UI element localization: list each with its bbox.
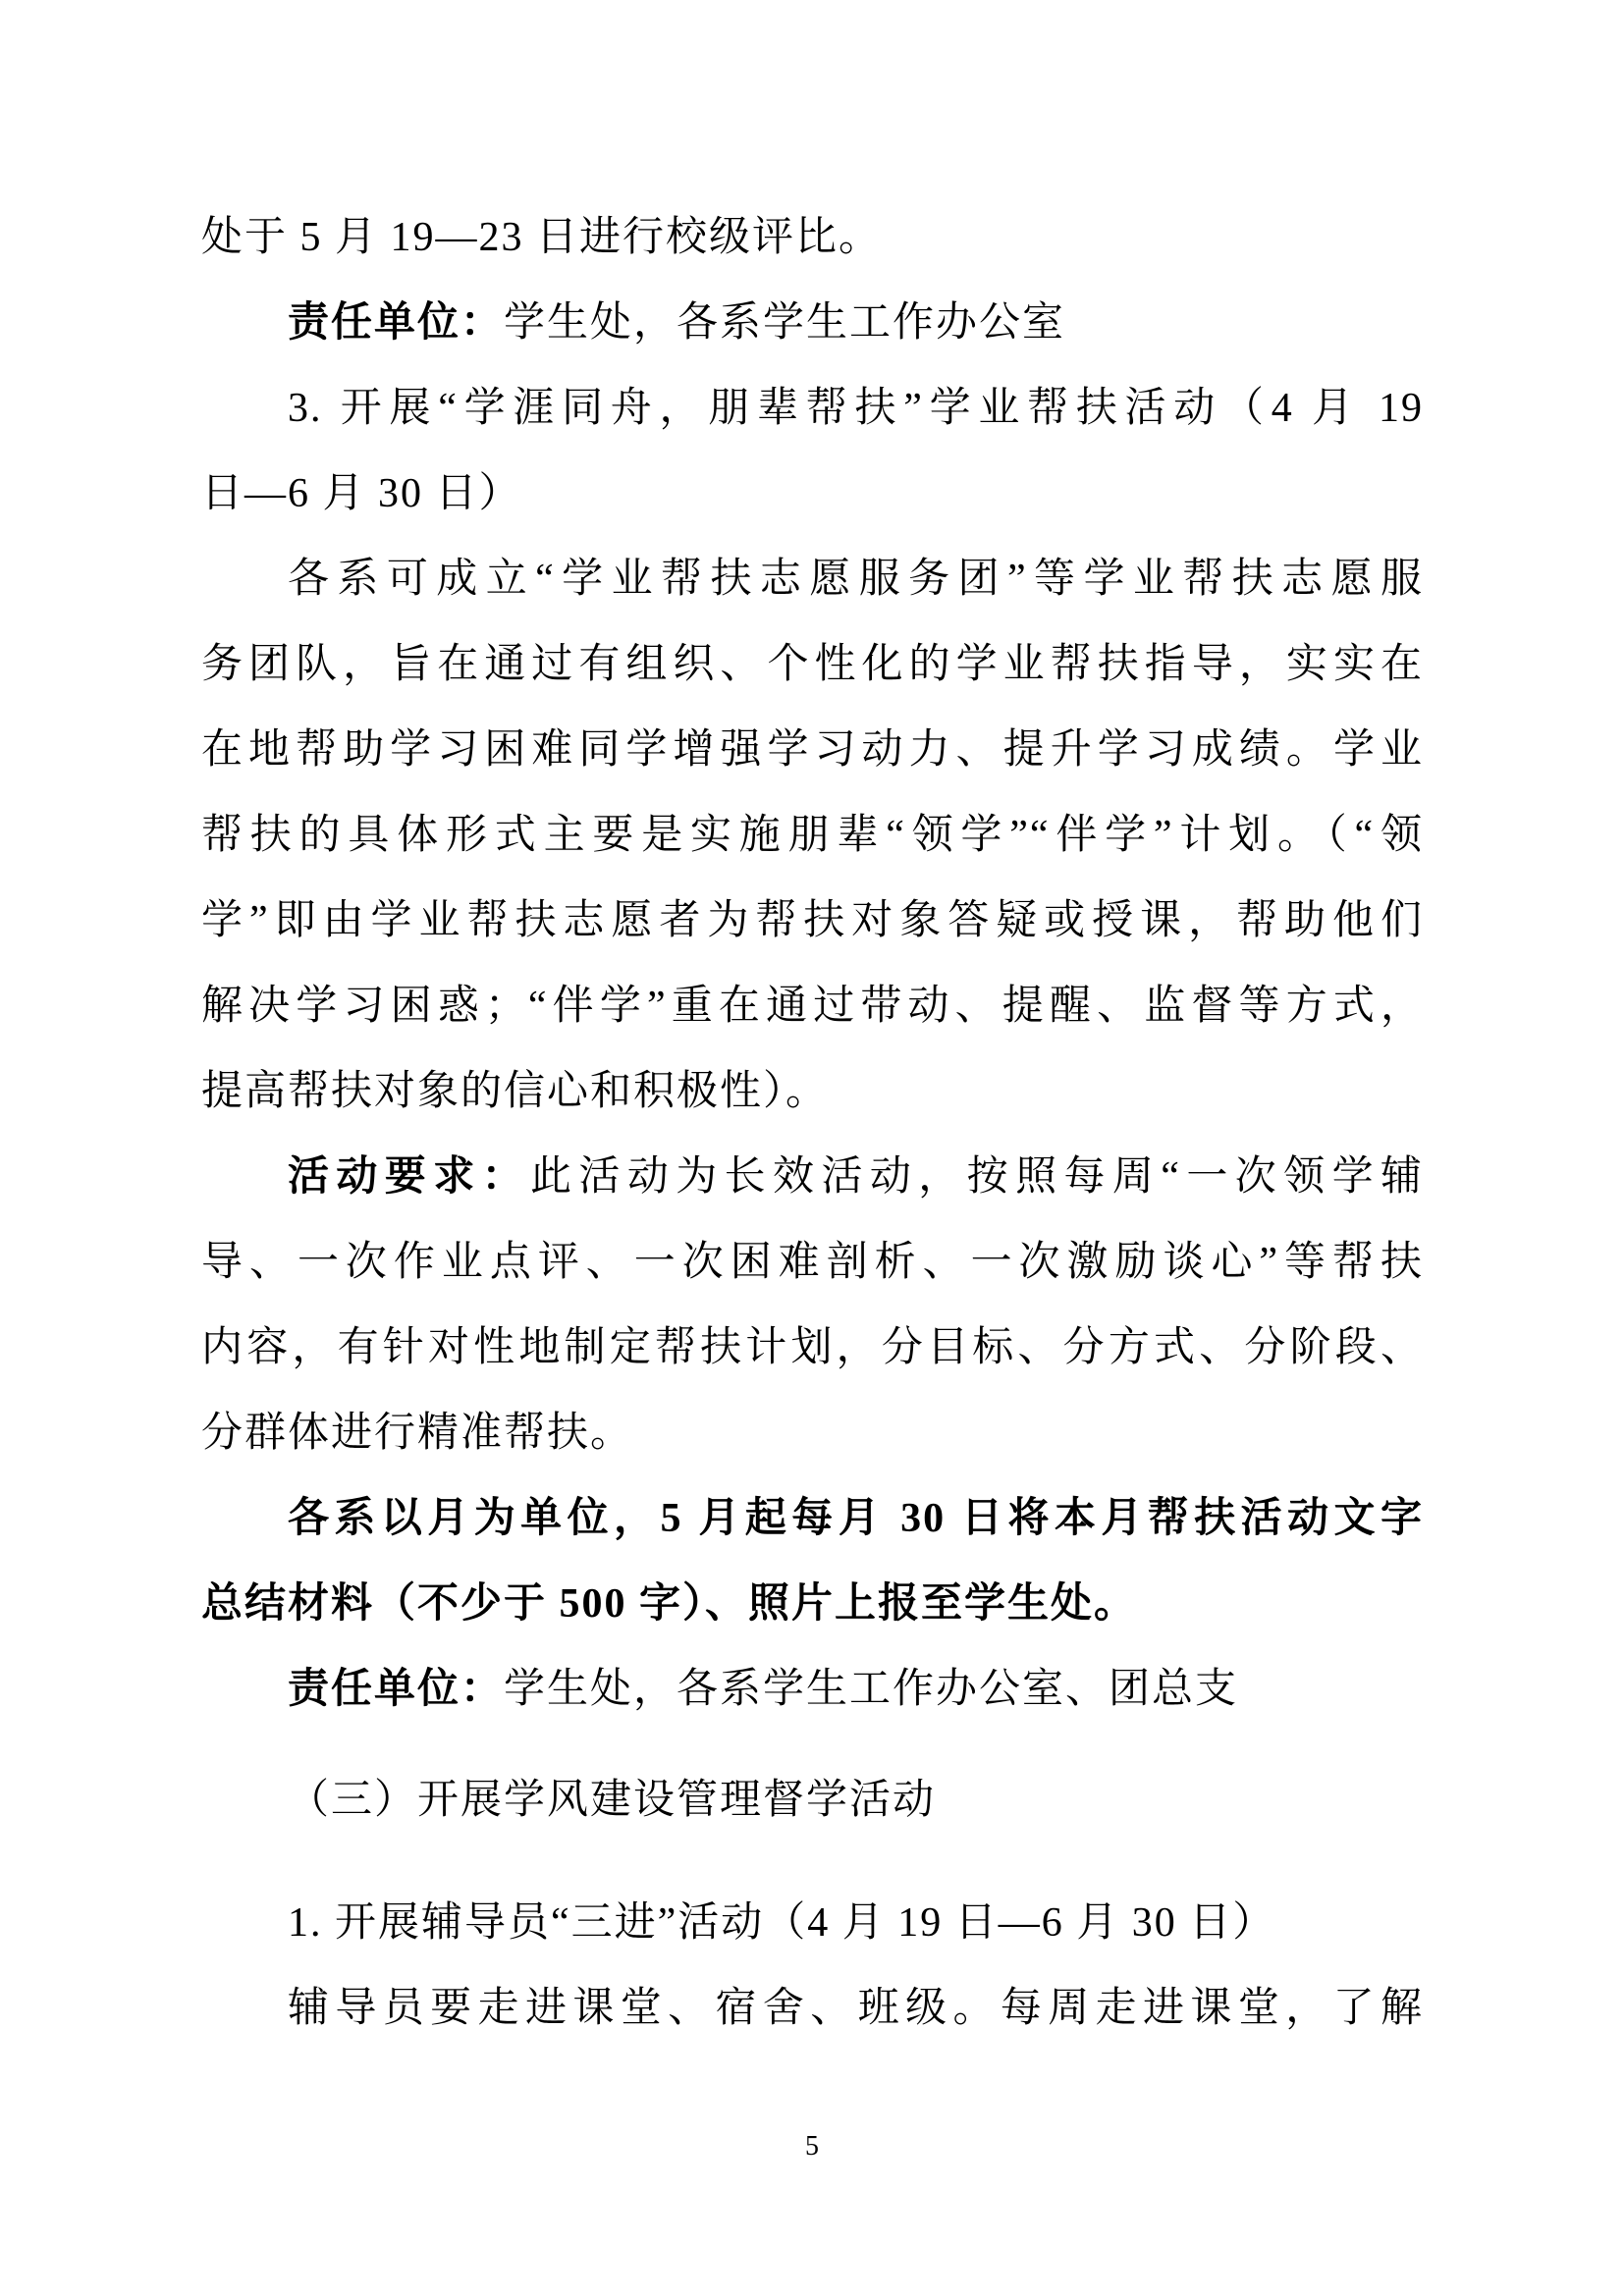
text-run: 分群体进行精准帮扶。 xyxy=(201,1411,633,1456)
text-line: 日—6 月 30 日） xyxy=(201,452,1424,537)
document-content: 处于 5 月 19—23 日进行校级评比。责任单位：学生处，各系学生工作办公室3… xyxy=(201,195,1424,2052)
bold-text-run: 责任单位： xyxy=(288,1667,504,1712)
text-run: 学生处，各系学生工作办公室 xyxy=(504,300,1065,346)
text-run: 务团队，旨在通过有组织、个性化的学业帮扶指导，实实在 xyxy=(201,642,1424,687)
text-line: 责任单位：学生处，各系学生工作办公室 xyxy=(201,281,1424,366)
text-run: 各系可成立“学业帮扶志愿服务团”等学业帮扶志愿服 xyxy=(288,557,1424,602)
text-run: 3. 开展“学涯同舟，朋辈帮扶”学业帮扶活动（4 月 19 xyxy=(288,386,1424,431)
document-page: 处于 5 月 19—23 日进行校级评比。责任单位：学生处，各系学生工作办公室3… xyxy=(0,0,1624,2296)
text-run: 帮扶的具体形式主要是实施朋辈“领学”“伴学”计划。（“领 xyxy=(201,813,1424,858)
text-run: 此活动为长效活动，按照每周“一次领学辅 xyxy=(530,1154,1424,1200)
text-line: 分群体进行精准帮扶。 xyxy=(201,1391,1424,1476)
bold-text-run: 总结材料（不少于 500 字）、照片上报至学生处。 xyxy=(201,1581,1137,1627)
text-run: 处于 5 月 19—23 日进行校级评比。 xyxy=(201,215,882,260)
text-line: 辅导员要走进课堂、宿舍、班级。每周走进课堂，了解 xyxy=(201,1966,1424,2052)
text-run: 学”即由学业帮扶志愿者为帮扶对象答疑或授课，帮助他们 xyxy=(201,898,1424,943)
section-heading: （三）开展学风建设管理督学活动 xyxy=(201,1758,1424,1843)
text-line: 导、一次作业点评、一次困难剖析、一次激励谈心”等帮扶 xyxy=(201,1220,1424,1306)
text-run: 提高帮扶对象的信心和积极性）。 xyxy=(201,1069,829,1114)
text-line: 责任单位：学生处，各系学生工作办公室、团总支 xyxy=(201,1647,1424,1733)
bold-text-run: 各系以月为单位，5 月起每月 30 日将本月帮扶活动文字 xyxy=(288,1496,1424,1541)
text-run: 内容，有针对性地制定帮扶计划，分目标、分方式、分阶段、 xyxy=(201,1325,1424,1370)
text-line: 1. 开展辅导员“三进”活动（4 月 19 日—6 月 30 日） xyxy=(201,1881,1424,1966)
text-line: 提高帮扶对象的信心和积极性）。 xyxy=(201,1049,1424,1135)
bold-text-run: 责任单位： xyxy=(288,300,504,346)
text-run: 1. 开展辅导员“三进”活动（4 月 19 日—6 月 30 日） xyxy=(288,1900,1275,1946)
text-line: 帮扶的具体形式主要是实施朋辈“领学”“伴学”计划。（“领 xyxy=(201,793,1424,879)
text-line: 解决学习困惑；“伴学”重在通过带动、提醒、监督等方式， xyxy=(201,964,1424,1049)
text-line: 在地帮助学习困难同学增强学习动力、提升学习成绩。学业 xyxy=(201,708,1424,793)
text-line: 各系可成立“学业帮扶志愿服务团”等学业帮扶志愿服 xyxy=(201,537,1424,622)
text-line: 总结材料（不少于 500 字）、照片上报至学生处。 xyxy=(201,1562,1424,1647)
text-run: 在地帮助学习困难同学增强学习动力、提升学习成绩。学业 xyxy=(201,727,1424,773)
text-run: 导、一次作业点评、一次困难剖析、一次激励谈心”等帮扶 xyxy=(201,1240,1424,1285)
text-line: 3. 开展“学涯同舟，朋辈帮扶”学业帮扶活动（4 月 19 xyxy=(201,366,1424,452)
text-line: 务团队，旨在通过有组织、个性化的学业帮扶指导，实实在 xyxy=(201,622,1424,708)
page-number: 5 xyxy=(0,2125,1624,2168)
bold-text-run: 活动要求： xyxy=(288,1154,530,1200)
text-run: （三）开展学风建设管理督学活动 xyxy=(288,1778,936,1823)
text-run: 解决学习困惑；“伴学”重在通过带动、提醒、监督等方式， xyxy=(201,984,1424,1029)
text-line: 活动要求：此活动为长效活动，按照每周“一次领学辅 xyxy=(201,1135,1424,1220)
text-line: 处于 5 月 19—23 日进行校级评比。 xyxy=(201,195,1424,281)
text-run: 辅导员要走进课堂、宿舍、班级。每周走进课堂，了解 xyxy=(288,1986,1424,2031)
text-line: 学”即由学业帮扶志愿者为帮扶对象答疑或授课，帮助他们 xyxy=(201,879,1424,964)
text-line: 各系以月为单位，5 月起每月 30 日将本月帮扶活动文字 xyxy=(201,1476,1424,1562)
text-run: 学生处，各系学生工作办公室、团总支 xyxy=(504,1667,1238,1712)
text-run: 日—6 月 30 日） xyxy=(201,471,522,516)
text-line: 内容，有针对性地制定帮扶计划，分目标、分方式、分阶段、 xyxy=(201,1306,1424,1391)
